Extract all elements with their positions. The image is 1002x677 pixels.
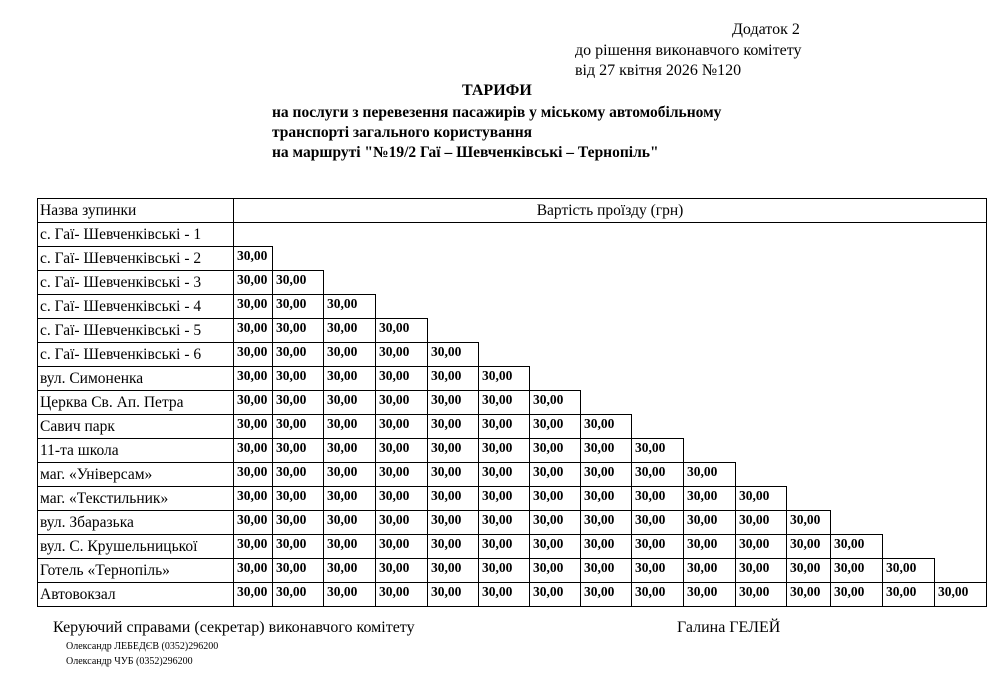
empty-cell bbox=[883, 535, 935, 559]
table-row: Автовокзал30,0030,0030,0030,0030,0030,00… bbox=[38, 583, 987, 607]
fare-cell: 30,00 bbox=[324, 343, 376, 367]
fare-cell: 30,00 bbox=[684, 583, 736, 607]
fare-cell: 30,00 bbox=[581, 511, 632, 535]
stop-name: с. Гаї- Шевченківські - 6 bbox=[38, 343, 234, 367]
table-row: вул. С. Крушельницької30,0030,0030,0030,… bbox=[38, 535, 987, 559]
fare-cell: 30,00 bbox=[273, 343, 324, 367]
stop-name: с. Гаї- Шевченківські - 2 bbox=[38, 247, 234, 271]
fare-cell: 30,00 bbox=[530, 439, 581, 463]
fare-cell: 30,00 bbox=[324, 391, 376, 415]
empty-cell bbox=[831, 439, 883, 463]
fare-cell: 30,00 bbox=[530, 559, 581, 583]
fare-cell: 30,00 bbox=[376, 559, 428, 583]
empty-cell bbox=[736, 367, 787, 391]
fare-cell: 30,00 bbox=[428, 559, 479, 583]
fare-cell: 30,00 bbox=[273, 463, 324, 487]
fare-cell: 30,00 bbox=[935, 583, 987, 607]
empty-cell bbox=[324, 247, 376, 271]
empty-cell bbox=[684, 415, 736, 439]
empty-cell bbox=[935, 271, 987, 295]
empty-cell bbox=[581, 223, 632, 247]
fare-cell: 30,00 bbox=[632, 583, 684, 607]
empty-cell bbox=[428, 319, 479, 343]
empty-cell bbox=[530, 367, 581, 391]
fare-cell: 30,00 bbox=[632, 487, 684, 511]
empty-cell bbox=[632, 271, 684, 295]
fare-cell: 30,00 bbox=[581, 439, 632, 463]
fare-cell: 30,00 bbox=[632, 559, 684, 583]
empty-cell bbox=[883, 439, 935, 463]
empty-cell bbox=[684, 367, 736, 391]
empty-cell bbox=[883, 463, 935, 487]
empty-cell bbox=[581, 295, 632, 319]
fare-cell: 30,00 bbox=[324, 367, 376, 391]
fare-cell: 30,00 bbox=[479, 391, 530, 415]
fare-cell: 30,00 bbox=[376, 367, 428, 391]
fare-cell: 30,00 bbox=[479, 511, 530, 535]
fare-cell: 30,00 bbox=[479, 535, 530, 559]
table-row: маг. «Текстильник»30,0030,0030,0030,0030… bbox=[38, 487, 987, 511]
empty-cell bbox=[935, 367, 987, 391]
empty-cell bbox=[935, 295, 987, 319]
empty-cell bbox=[935, 511, 987, 535]
empty-cell bbox=[831, 367, 883, 391]
fare-cell: 30,00 bbox=[428, 511, 479, 535]
empty-cell bbox=[479, 343, 530, 367]
fare-cell: 30,00 bbox=[428, 463, 479, 487]
stop-name: Готель «Тернопіль» bbox=[38, 559, 234, 583]
table-row: с. Гаї- Шевченківські - 530,0030,0030,00… bbox=[38, 319, 987, 343]
empty-cell bbox=[787, 343, 831, 367]
empty-cell bbox=[530, 247, 581, 271]
fare-cell: 30,00 bbox=[428, 535, 479, 559]
fare-cell: 30,00 bbox=[234, 559, 273, 583]
fare-cell: 30,00 bbox=[787, 583, 831, 607]
fare-cell: 30,00 bbox=[234, 487, 273, 511]
empty-cell bbox=[787, 271, 831, 295]
empty-cell bbox=[581, 367, 632, 391]
fare-cell: 30,00 bbox=[428, 391, 479, 415]
fare-cell: 30,00 bbox=[376, 535, 428, 559]
empty-cell bbox=[935, 415, 987, 439]
fare-cell: 30,00 bbox=[234, 415, 273, 439]
stop-name: Церква Св. Ап. Петра bbox=[38, 391, 234, 415]
empty-cell bbox=[935, 487, 987, 511]
empty-cell bbox=[883, 223, 935, 247]
stop-name: с. Гаї- Шевченківські - 3 bbox=[38, 271, 234, 295]
table-row: маг. «Універсам»30,0030,0030,0030,0030,0… bbox=[38, 463, 987, 487]
empty-cell bbox=[736, 319, 787, 343]
fare-cell: 30,00 bbox=[428, 343, 479, 367]
fare-cell: 30,00 bbox=[787, 535, 831, 559]
empty-cell bbox=[831, 295, 883, 319]
fare-cell: 30,00 bbox=[530, 463, 581, 487]
fare-cell: 30,00 bbox=[324, 487, 376, 511]
fare-cell: 30,00 bbox=[273, 391, 324, 415]
fare-cell: 30,00 bbox=[234, 343, 273, 367]
fare-cell: 30,00 bbox=[234, 583, 273, 607]
empty-cell bbox=[684, 391, 736, 415]
empty-cell bbox=[632, 295, 684, 319]
stop-name: маг. «Універсам» bbox=[38, 463, 234, 487]
fare-cell: 30,00 bbox=[831, 559, 883, 583]
empty-cell bbox=[376, 223, 428, 247]
fare-cell: 30,00 bbox=[831, 535, 883, 559]
empty-cell bbox=[831, 343, 883, 367]
fare-cell: 30,00 bbox=[479, 439, 530, 463]
header-fare: Вартість проїзду (грн) bbox=[234, 199, 987, 223]
fare-cell: 30,00 bbox=[234, 463, 273, 487]
table-row: Савич парк30,0030,0030,0030,0030,0030,00… bbox=[38, 415, 987, 439]
empty-cell bbox=[883, 415, 935, 439]
empty-cell bbox=[831, 319, 883, 343]
contact-line-2: Олександр ЧУБ (0352)296200 bbox=[66, 656, 193, 667]
fare-cell: 30,00 bbox=[479, 559, 530, 583]
fare-cell: 30,00 bbox=[787, 511, 831, 535]
empty-cell bbox=[632, 247, 684, 271]
fare-cell: 30,00 bbox=[479, 415, 530, 439]
empty-cell bbox=[831, 271, 883, 295]
stop-name: Автовокзал bbox=[38, 583, 234, 607]
subtitle-line-1: на послуги з перевезення пасажирів у міс… bbox=[272, 103, 721, 123]
empty-cell bbox=[581, 391, 632, 415]
fare-cell: 30,00 bbox=[632, 511, 684, 535]
empty-cell bbox=[581, 271, 632, 295]
empty-cell bbox=[324, 271, 376, 295]
header-stop-name: Назва зупинки bbox=[38, 199, 234, 223]
fare-cell: 30,00 bbox=[632, 463, 684, 487]
empty-cell bbox=[935, 535, 987, 559]
empty-cell bbox=[787, 295, 831, 319]
fare-cell: 30,00 bbox=[883, 559, 935, 583]
appendix-date: від 27 квітня 2026 №120 bbox=[575, 61, 802, 82]
fare-cell: 30,00 bbox=[324, 439, 376, 463]
fare-cell: 30,00 bbox=[273, 415, 324, 439]
fare-cell: 30,00 bbox=[376, 415, 428, 439]
empty-cell bbox=[530, 319, 581, 343]
empty-cell bbox=[273, 247, 324, 271]
appendix-header: Додаток 2 до рішення виконавчого комітет… bbox=[575, 20, 802, 82]
empty-cell bbox=[935, 559, 987, 583]
stop-name: с. Гаї- Шевченківські - 1 bbox=[38, 223, 234, 247]
fare-cell: 30,00 bbox=[684, 487, 736, 511]
empty-cell bbox=[479, 295, 530, 319]
stop-name: Савич парк bbox=[38, 415, 234, 439]
empty-cell bbox=[376, 271, 428, 295]
empty-cell bbox=[684, 247, 736, 271]
fare-cell: 30,00 bbox=[234, 295, 273, 319]
fare-cell: 30,00 bbox=[273, 511, 324, 535]
fare-cell: 30,00 bbox=[428, 583, 479, 607]
table-row: с. Гаї- Шевченківські - 230,00 bbox=[38, 247, 987, 271]
empty-cell bbox=[479, 247, 530, 271]
empty-cell bbox=[632, 343, 684, 367]
empty-cell bbox=[684, 223, 736, 247]
empty-cell bbox=[935, 391, 987, 415]
fare-cell: 30,00 bbox=[684, 511, 736, 535]
empty-cell bbox=[736, 439, 787, 463]
empty-cell bbox=[935, 343, 987, 367]
fare-cell: 30,00 bbox=[234, 271, 273, 295]
fare-cell: 30,00 bbox=[234, 535, 273, 559]
empty-cell bbox=[736, 463, 787, 487]
empty-cell bbox=[632, 223, 684, 247]
fare-cell: 30,00 bbox=[324, 463, 376, 487]
fare-cell: 30,00 bbox=[234, 391, 273, 415]
fare-cell: 30,00 bbox=[479, 487, 530, 511]
empty-cell bbox=[479, 271, 530, 295]
signature-title: Керуючий справами (секретар) виконавчого… bbox=[53, 619, 415, 637]
fare-cell: 30,00 bbox=[376, 439, 428, 463]
empty-cell bbox=[935, 439, 987, 463]
fare-cell: 30,00 bbox=[234, 247, 273, 271]
table-row: 11-та школа30,0030,0030,0030,0030,0030,0… bbox=[38, 439, 987, 463]
empty-cell bbox=[632, 391, 684, 415]
empty-cell bbox=[736, 223, 787, 247]
fare-cell: 30,00 bbox=[581, 487, 632, 511]
fare-cell: 30,00 bbox=[273, 319, 324, 343]
fare-cell: 30,00 bbox=[273, 271, 324, 295]
fare-cell: 30,00 bbox=[273, 583, 324, 607]
empty-cell bbox=[684, 319, 736, 343]
fare-cell: 30,00 bbox=[324, 559, 376, 583]
fare-cell: 30,00 bbox=[376, 583, 428, 607]
empty-cell bbox=[787, 319, 831, 343]
fare-cell: 30,00 bbox=[428, 487, 479, 511]
empty-cell bbox=[883, 343, 935, 367]
fare-cell: 30,00 bbox=[831, 583, 883, 607]
empty-cell bbox=[428, 247, 479, 271]
empty-cell bbox=[935, 247, 987, 271]
fare-cell: 30,00 bbox=[376, 463, 428, 487]
fare-cell: 30,00 bbox=[273, 295, 324, 319]
tariff-table: Назва зупинкиВартість проїзду (грн)с. Га… bbox=[37, 198, 987, 607]
document-title: ТАРИФИ bbox=[462, 82, 532, 100]
stop-name: вул. Збаразька bbox=[38, 511, 234, 535]
empty-cell bbox=[883, 295, 935, 319]
fare-cell: 30,00 bbox=[273, 559, 324, 583]
empty-cell bbox=[831, 247, 883, 271]
fare-cell: 30,00 bbox=[581, 463, 632, 487]
empty-cell bbox=[935, 319, 987, 343]
empty-cell bbox=[376, 247, 428, 271]
fare-cell: 30,00 bbox=[273, 487, 324, 511]
empty-cell bbox=[530, 343, 581, 367]
fare-cell: 30,00 bbox=[324, 535, 376, 559]
empty-cell bbox=[736, 343, 787, 367]
empty-cell bbox=[324, 223, 376, 247]
fare-cell: 30,00 bbox=[787, 559, 831, 583]
empty-cell bbox=[632, 367, 684, 391]
empty-cell bbox=[831, 391, 883, 415]
signature-name: Галина ГЕЛЕЙ bbox=[677, 619, 780, 637]
empty-cell bbox=[787, 487, 831, 511]
empty-cell bbox=[530, 223, 581, 247]
fare-cell: 30,00 bbox=[376, 319, 428, 343]
empty-cell bbox=[787, 367, 831, 391]
table-row: Церква Св. Ап. Петра30,0030,0030,0030,00… bbox=[38, 391, 987, 415]
fare-cell: 30,00 bbox=[530, 415, 581, 439]
appendix-number: Додаток 2 bbox=[575, 20, 802, 41]
empty-cell bbox=[787, 439, 831, 463]
empty-cell bbox=[787, 391, 831, 415]
fare-cell: 30,00 bbox=[273, 439, 324, 463]
fare-cell: 30,00 bbox=[479, 583, 530, 607]
empty-cell bbox=[684, 271, 736, 295]
empty-cell bbox=[736, 391, 787, 415]
stop-name: с. Гаї- Шевченківські - 4 bbox=[38, 295, 234, 319]
subtitle-line-2: транспорті загального користування bbox=[272, 123, 721, 143]
empty-cell bbox=[831, 487, 883, 511]
empty-cell bbox=[234, 223, 273, 247]
empty-cell bbox=[883, 271, 935, 295]
fare-cell: 30,00 bbox=[530, 391, 581, 415]
fare-cell: 30,00 bbox=[234, 439, 273, 463]
empty-cell bbox=[376, 295, 428, 319]
empty-cell bbox=[479, 319, 530, 343]
fare-cell: 30,00 bbox=[736, 511, 787, 535]
empty-cell bbox=[883, 391, 935, 415]
empty-cell bbox=[530, 295, 581, 319]
fare-cell: 30,00 bbox=[273, 535, 324, 559]
fare-cell: 30,00 bbox=[883, 583, 935, 607]
empty-cell bbox=[428, 223, 479, 247]
empty-cell bbox=[883, 319, 935, 343]
fare-cell: 30,00 bbox=[376, 511, 428, 535]
empty-cell bbox=[787, 223, 831, 247]
fare-cell: 30,00 bbox=[273, 367, 324, 391]
fare-cell: 30,00 bbox=[324, 583, 376, 607]
contact-line-1: Олександр ЛЕБЕДЄВ (0352)296200 bbox=[66, 641, 218, 652]
fare-cell: 30,00 bbox=[736, 535, 787, 559]
fare-cell: 30,00 bbox=[324, 415, 376, 439]
table-row: вул. Симоненка30,0030,0030,0030,0030,003… bbox=[38, 367, 987, 391]
fare-cell: 30,00 bbox=[530, 535, 581, 559]
empty-cell bbox=[581, 247, 632, 271]
fare-cell: 30,00 bbox=[234, 367, 273, 391]
fare-cell: 30,00 bbox=[479, 367, 530, 391]
table-row: с. Гаї- Шевченківські - 430,0030,0030,00 bbox=[38, 295, 987, 319]
fare-cell: 30,00 bbox=[428, 367, 479, 391]
empty-cell bbox=[581, 343, 632, 367]
table-row: вул. Збаразька30,0030,0030,0030,0030,003… bbox=[38, 511, 987, 535]
empty-cell bbox=[736, 415, 787, 439]
fare-cell: 30,00 bbox=[234, 319, 273, 343]
fare-cell: 30,00 bbox=[376, 343, 428, 367]
stop-name: 11-та школа bbox=[38, 439, 234, 463]
empty-cell bbox=[831, 511, 883, 535]
fare-cell: 30,00 bbox=[428, 439, 479, 463]
empty-cell bbox=[787, 247, 831, 271]
fare-cell: 30,00 bbox=[428, 415, 479, 439]
fare-cell: 30,00 bbox=[530, 487, 581, 511]
empty-cell bbox=[883, 247, 935, 271]
fare-cell: 30,00 bbox=[684, 463, 736, 487]
empty-cell bbox=[883, 367, 935, 391]
fare-cell: 30,00 bbox=[632, 439, 684, 463]
fare-cell: 30,00 bbox=[632, 535, 684, 559]
empty-cell bbox=[787, 415, 831, 439]
empty-cell bbox=[935, 463, 987, 487]
stop-name: вул. Симоненка bbox=[38, 367, 234, 391]
stop-name: вул. С. Крушельницької bbox=[38, 535, 234, 559]
fare-cell: 30,00 bbox=[581, 559, 632, 583]
fare-cell: 30,00 bbox=[376, 391, 428, 415]
empty-cell bbox=[831, 463, 883, 487]
stop-name: маг. «Текстильник» bbox=[38, 487, 234, 511]
empty-cell bbox=[883, 511, 935, 535]
empty-cell bbox=[935, 223, 987, 247]
table-row: Готель «Тернопіль»30,0030,0030,0030,0030… bbox=[38, 559, 987, 583]
fare-cell: 30,00 bbox=[581, 415, 632, 439]
empty-cell bbox=[831, 223, 883, 247]
fare-cell: 30,00 bbox=[324, 511, 376, 535]
empty-cell bbox=[831, 415, 883, 439]
document-subtitle: на послуги з перевезення пасажирів у міс… bbox=[272, 103, 721, 163]
empty-cell bbox=[684, 343, 736, 367]
empty-cell bbox=[479, 223, 530, 247]
table-row: с. Гаї- Шевченківські - 630,0030,0030,00… bbox=[38, 343, 987, 367]
appendix-decision: до рішення виконавчого комітету bbox=[575, 41, 802, 62]
empty-cell bbox=[684, 295, 736, 319]
fare-cell: 30,00 bbox=[736, 559, 787, 583]
fare-cell: 30,00 bbox=[736, 487, 787, 511]
table-row: с. Гаї- Шевченківські - 1 bbox=[38, 223, 987, 247]
fare-cell: 30,00 bbox=[479, 463, 530, 487]
fare-cell: 30,00 bbox=[736, 583, 787, 607]
empty-cell bbox=[883, 487, 935, 511]
empty-cell bbox=[632, 319, 684, 343]
empty-cell bbox=[736, 295, 787, 319]
table-row: с. Гаї- Шевченківські - 330,0030,00 bbox=[38, 271, 987, 295]
fare-cell: 30,00 bbox=[684, 559, 736, 583]
fare-cell: 30,00 bbox=[530, 583, 581, 607]
fare-cell: 30,00 bbox=[324, 295, 376, 319]
empty-cell bbox=[428, 271, 479, 295]
fare-cell: 30,00 bbox=[376, 487, 428, 511]
empty-cell bbox=[632, 415, 684, 439]
empty-cell bbox=[581, 319, 632, 343]
fare-cell: 30,00 bbox=[684, 535, 736, 559]
fare-cell: 30,00 bbox=[581, 535, 632, 559]
empty-cell bbox=[273, 223, 324, 247]
table-header-row: Назва зупинкиВартість проїзду (грн) bbox=[38, 199, 987, 223]
empty-cell bbox=[787, 463, 831, 487]
fare-cell: 30,00 bbox=[530, 511, 581, 535]
empty-cell bbox=[428, 295, 479, 319]
empty-cell bbox=[736, 247, 787, 271]
fare-cell: 30,00 bbox=[581, 583, 632, 607]
stop-name: с. Гаї- Шевченківські - 5 bbox=[38, 319, 234, 343]
empty-cell bbox=[736, 271, 787, 295]
fare-cell: 30,00 bbox=[324, 319, 376, 343]
empty-cell bbox=[684, 439, 736, 463]
subtitle-line-3: на маршруті "№19/2 Гаї – Шевченківські –… bbox=[272, 143, 721, 163]
empty-cell bbox=[530, 271, 581, 295]
fare-cell: 30,00 bbox=[234, 511, 273, 535]
